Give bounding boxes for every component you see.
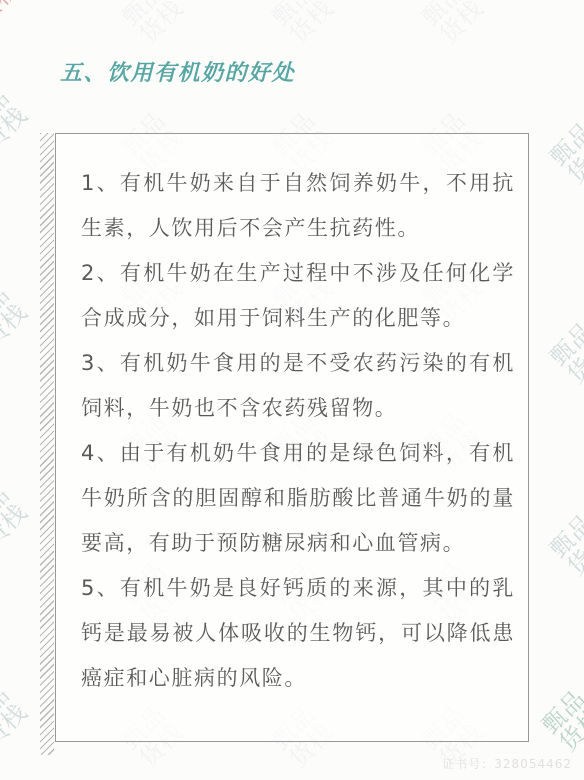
watermark-stamp: 甄品货栈 bbox=[0, 282, 32, 353]
benefit-item-1: 1、有机牛奶来自于自然饲养奶牛，不用抗生素，人饮用后不会产生抗药性。 bbox=[81, 161, 515, 251]
benefit-item-3: 3、有机奶牛食用的是不受农药污染的有机饲料，牛奶也不含农药残留物。 bbox=[81, 341, 515, 431]
content-box: 1、有机牛奶来自于自然饲养奶牛，不用抗生素，人饮用后不会产生抗药性。 2、有机牛… bbox=[55, 133, 529, 742]
watermark-stamp: 甄品货栈 bbox=[268, 0, 339, 48]
page: 甄品货栈 甄品货栈 甄品货栈 甄品货栈 甄品货栈 甄品货栈 甄品货栈 甄品货栈 … bbox=[0, 0, 584, 780]
watermark-stamp: 甄品货栈 bbox=[118, 0, 189, 48]
watermark-stamp: 甄品货栈 bbox=[0, 85, 32, 156]
watermark-stamp: 甄品货栈 bbox=[546, 318, 584, 389]
watermark-stamp: 甄品货栈 bbox=[546, 118, 584, 189]
hatch-shadow bbox=[40, 133, 54, 755]
page-title: 五、饮用有机奶的好处 bbox=[60, 56, 295, 87]
watermark-stamp: 甄品货栈 bbox=[546, 510, 584, 581]
benefit-item-5: 5、有机牛奶是良好钙质的来源，其中的乳钙是最易被人体吸收的生物钙，可以降低患癌症… bbox=[81, 566, 515, 701]
watermark-stamp: 甄品货栈 bbox=[418, 0, 489, 48]
watermark-stamp-red: 甄品货栈 bbox=[0, 0, 24, 28]
benefit-item-4: 4、由于有机奶牛食用的是绿色饲料，有机牛奶所含的胆固醇和脂肪酸比普通牛奶的量要高… bbox=[81, 431, 515, 566]
benefit-item-2: 2、有机牛奶在生产过程中不涉及任何化学合成成分，如用于饲料生产的化肥等。 bbox=[81, 251, 515, 341]
watermark-stamp: 甄品货栈 bbox=[0, 482, 32, 553]
watermark-stamp: 甄品货栈 bbox=[0, 682, 32, 753]
watermark-stamp: 甄品货栈 bbox=[538, 686, 584, 757]
footer-id-text: 证书号：328054462 bbox=[442, 755, 572, 772]
